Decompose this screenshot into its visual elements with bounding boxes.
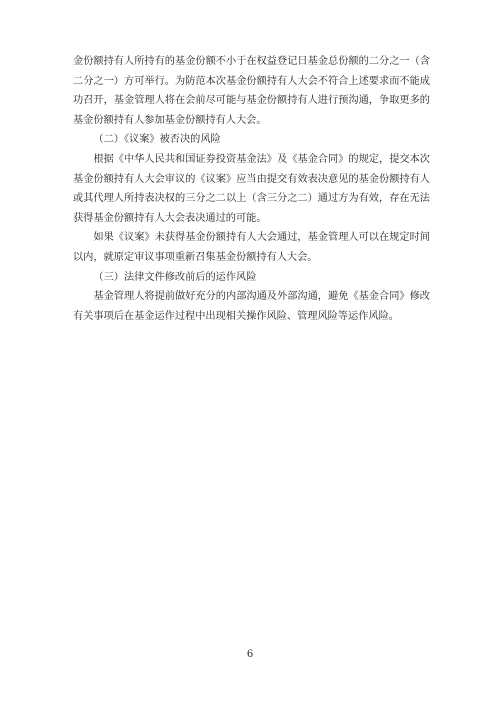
paragraph: 如果《议案》未获得基金份额持有人大会通过，基金管理人可以在规定时间以内，就原定审…: [73, 228, 430, 267]
page-footer: 6: [0, 648, 500, 662]
paragraph: 根据《中华人民共和国证券投资基金法》及《基金合同》的规定，提交本次基金份额持有人…: [73, 150, 430, 228]
document-page: 金份额持有人所持有的基金份额不小于在权益登记日基金总份额的二分之一（含二分之一）…: [0, 0, 500, 707]
document-body: 金份额持有人所持有的基金份额不小于在权益登记日基金总份额的二分之一（含二分之一）…: [73, 52, 430, 326]
page-number: 6: [247, 649, 253, 660]
section-heading-3: （三）法律文件修改前后的运作风险: [73, 268, 430, 288]
paragraph: 基金管理人将提前做好充分的内部沟通及外部沟通，避免《基金合同》修改有关事项后在基…: [73, 287, 430, 326]
paragraph-continuation: 金份额持有人所持有的基金份额不小于在权益登记日基金总份额的二分之一（含二分之一）…: [73, 52, 430, 130]
section-heading-2: （二）《议案》被否决的风险: [73, 130, 430, 150]
